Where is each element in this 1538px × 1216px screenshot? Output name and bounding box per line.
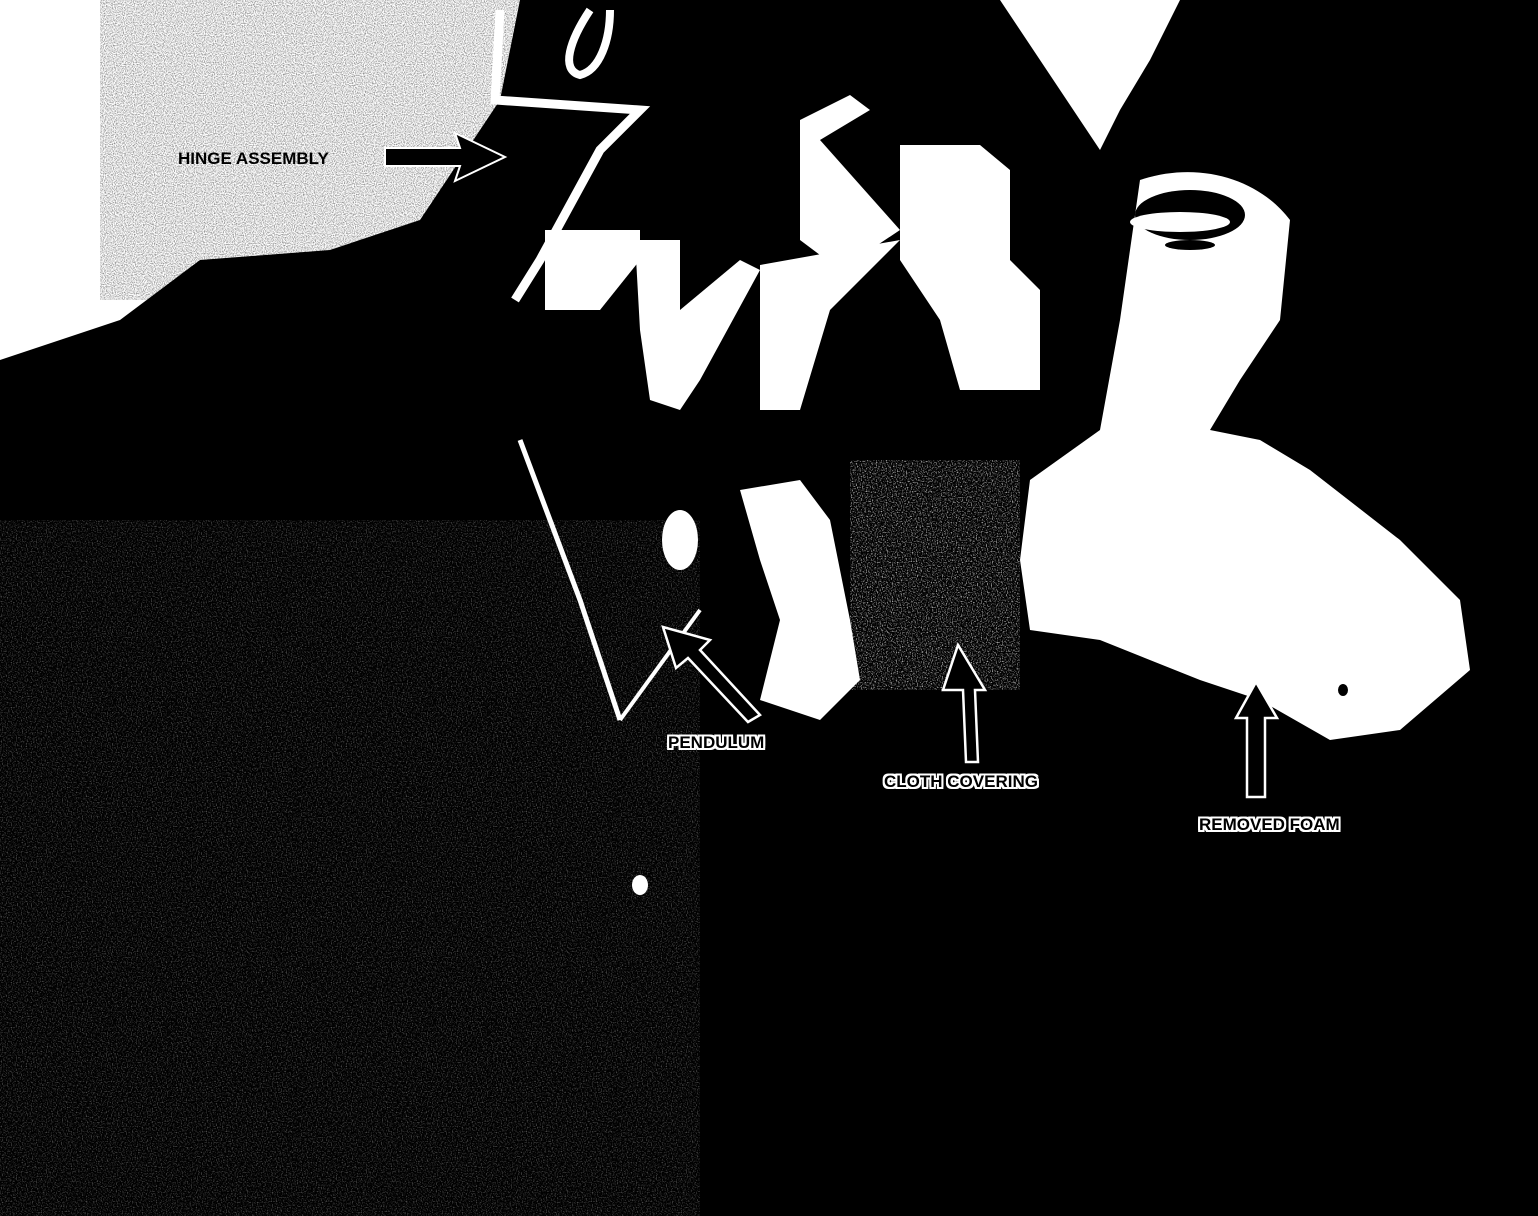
label-hinge-assembly: HINGE ASSEMBLY	[178, 150, 329, 167]
photograph	[0, 0, 1538, 1216]
label-pendulum: PENDULUM	[668, 734, 764, 751]
label-removed-foam: REMOVED FOAM	[1199, 816, 1340, 833]
label-cloth-covering: CLOTH COVERING	[884, 773, 1038, 790]
